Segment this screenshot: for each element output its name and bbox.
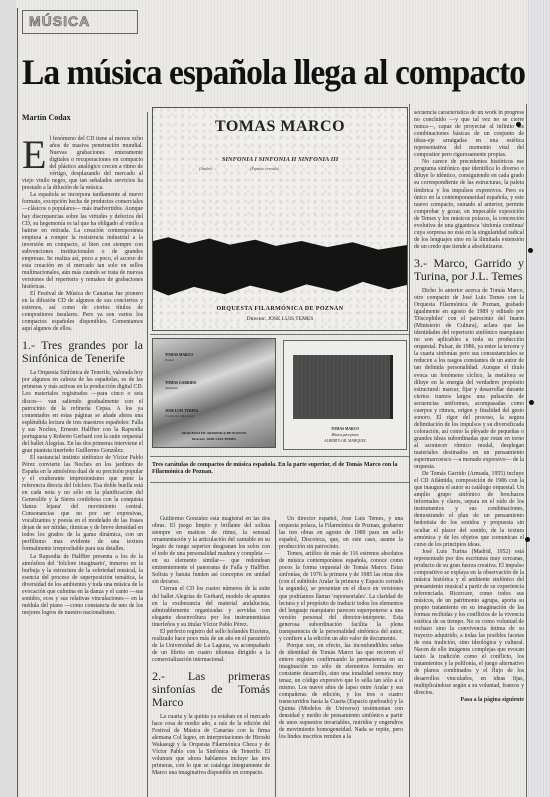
paragraph: Un director español, José Luis Temes, y … — [279, 516, 403, 551]
subheading: 3.- Marco, Garrido y Turina, por J.L. Te… — [414, 257, 524, 283]
cover-line: Atlántida — [165, 386, 178, 390]
continued-note: Pasa a la página siguiente — [414, 697, 524, 704]
page-margin — [528, 0, 550, 797]
byline: Martín Codax — [22, 113, 71, 122]
column-divider — [275, 520, 276, 797]
cover-works: SINFONIA I SINFONIA II SINFONIA III — [153, 156, 407, 163]
cover-composer: TOMAS MARCO — [153, 118, 407, 136]
drop-cap: E — [22, 136, 46, 172]
paragraph: El perfecto registro del sello holandés … — [152, 629, 270, 664]
article-column-2: Guillermo González está magistral en las… — [152, 516, 270, 797]
lead-paragraph: El fenómeno del CD tiene al menos ocho a… — [22, 136, 143, 192]
cover-subtitle: (Aralar) — [199, 166, 212, 171]
paragraph: No carece de precedentes históricos ese … — [414, 159, 524, 251]
cover-line: Música para piano — [284, 433, 406, 437]
ink-brush-stroke — [153, 236, 408, 298]
paragraph: La Orquesta Sinfónica de Tenerife, valor… — [22, 370, 143, 455]
cover-line: Pulsar — [165, 358, 174, 362]
section-label: MÚSICA — [22, 10, 138, 34]
cover-line: ALBERTO GIL MARQUEZ — [284, 439, 406, 443]
ink-spot — [529, 400, 534, 405]
paragraph: secuencia característica de un work in p… — [414, 110, 524, 159]
subheading: 2.- Las primeras sinfonías de Tomás Marc… — [152, 670, 270, 709]
paragraph: La Rapsodia de Halffter presenta a los d… — [22, 554, 143, 617]
article-column-1: El fenómeno del CD tiene al menos ocho a… — [22, 128, 143, 797]
paragraph: Dicho lo anterior acerca de Tomás Marco,… — [414, 288, 524, 471]
article-column-4: secuencia característica de un work in p… — [414, 110, 524, 797]
rule — [150, 456, 409, 457]
article-column-3: Un director español, José Luis Temes, y … — [279, 516, 403, 797]
ink-spot — [528, 248, 533, 253]
paragraph: El sustancial instinto sinfónico de Víct… — [22, 455, 143, 554]
column-divider — [526, 104, 527, 797]
cd-cover-piano: TOMAS MARCO Música para piano ALBERTO GI… — [283, 340, 407, 450]
cover-line: TOMAS MARCO — [284, 427, 406, 431]
paragraph: La española se incorpora tardíamente al … — [22, 192, 143, 291]
cover-orchestra: ORQUESTA FILARMÓNICA DE POZNAN — [153, 431, 275, 435]
paragraph: Temes, artífice de más de 116 estrenos a… — [279, 551, 403, 643]
cover-line: Concierto / Ricercare — [165, 414, 194, 418]
paragraph: José Luis Turina (Madrid, 1952) está rep… — [414, 549, 524, 697]
cover-line: TOMAS GARRIDO — [165, 381, 196, 385]
rule — [150, 482, 409, 483]
paragraph: Guillermo González está magistral en las… — [152, 516, 270, 586]
paragraph: De Tomás Garrido (Armada, 1955) incluye … — [414, 471, 524, 549]
figure-caption: Tres carátulas de compactos de música es… — [152, 462, 406, 476]
column-divider — [147, 112, 148, 797]
paragraph: Cierran el CD los cuatro números de la s… — [152, 586, 270, 628]
ink-spot — [525, 537, 530, 542]
rule — [150, 334, 409, 335]
cover-orchestra: ORQUESTA FILARMÓNICA DE POZNAN — [153, 306, 407, 312]
cover-line: TOMAS MARCO — [165, 353, 193, 357]
cover-photo — [293, 355, 393, 419]
paragraph: La cuarta y la quinta ya estaban en el m… — [152, 714, 270, 777]
paragraph: Porque son, en efecto, las inconfundible… — [279, 643, 403, 742]
cover-subtitle: (Espacio cerrado) — [250, 166, 279, 171]
ink-spot — [516, 122, 521, 127]
paragraph: El Festival de Música de Canarias fue pi… — [22, 291, 143, 333]
subheading: 1.- Tres grandes por la Sinfónica de Ten… — [22, 339, 143, 365]
cover-director: Director: JOSE LUIS TEMES — [153, 437, 275, 441]
cd-cover-tomas-marco: TOMAS MARCO SINFONIA I SINFONIA II SINFO… — [152, 107, 408, 331]
column-divider — [409, 104, 410, 797]
headline: La música española llega al compacto — [22, 50, 487, 94]
left-border-rule — [17, 8, 18, 797]
cover-director: Director: JOSE LUIS TEMES — [153, 316, 407, 322]
cover-line: JOSE LUIS TURINA — [165, 409, 198, 413]
cd-cover-marco-garrido-turina: TOMAS MARCO Pulsar TOMAS GARRIDO Atlánti… — [152, 338, 276, 448]
